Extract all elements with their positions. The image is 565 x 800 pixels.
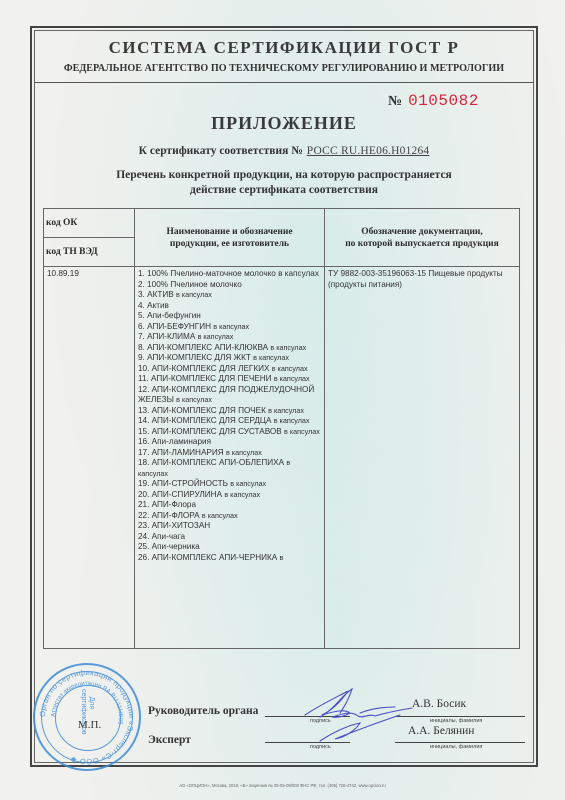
product-item: 4. Актив xyxy=(138,301,321,312)
number-sign: № xyxy=(388,94,402,109)
product-item: 18. АПИ-КОМПЛЕКС АПИ-ОБЛЕПИХА в капсулах xyxy=(138,458,321,479)
product-item: 15. АПИ-КОМПЛЕКС ДЛЯ СУСТАВОВ в капсулах xyxy=(138,427,321,438)
product-item: 16. Апи-ламинария xyxy=(138,437,321,448)
product-item: 7. АПИ-КЛИМА в капсулах xyxy=(138,332,321,343)
product-item: 24. Апи-чага xyxy=(138,532,321,543)
system-title: СИСТЕМА СЕРТИФИКАЦИИ ГОСТ Р xyxy=(34,38,534,58)
product-item: 19. АПИ-СТРОЙНОСТЬ в капсулах xyxy=(138,479,321,490)
product-item: 9. АПИ-КОМПЛЕКС ДЛЯ ЖКТ в капсулах xyxy=(138,353,321,364)
product-item: 14. АПИ-КОМПЛЕКС ДЛЯ СЕРДЦА в капсулах xyxy=(138,416,321,427)
product-item: 1. 100% Пчелино-маточное молочко в капсу… xyxy=(138,269,321,280)
product-item: 8. АПИ-КОМПЛЕКС АПИ-КЛЮКВА в капсулах xyxy=(138,343,321,354)
product-item: 21. АПИ-Флора xyxy=(138,500,321,511)
head-name-caption: инициалы, фамилия xyxy=(430,718,482,724)
product-item: 11. АПИ-КОМПЛЕКС ДЛЯ ПЕЧЕНИ в капсулах xyxy=(138,374,321,385)
handwritten-signature xyxy=(300,683,420,753)
head-name: А.В. Босик xyxy=(412,698,466,710)
form-number: №0105082 xyxy=(388,92,479,110)
product-item: 3. АКТИВ в капсулах xyxy=(138,290,321,301)
table-header: код ОК Наименование и обозначение продук… xyxy=(43,208,520,267)
product-item: 5. Апи-бефунгин xyxy=(138,311,321,322)
column-product-name-line2: продукции, ее изготовитель xyxy=(136,238,323,250)
form-number-value: 0105082 xyxy=(408,92,479,110)
head-of-body-label: Руководитель органа xyxy=(148,705,258,717)
header-divider xyxy=(34,82,534,83)
product-item-suffix: в капсулах xyxy=(176,290,212,299)
product-item-suffix: в капсулах xyxy=(274,416,310,425)
certificate-reference-value: РОСС RU.НЕ06.Н01264 xyxy=(307,145,430,157)
certificate-reference: К сертификату соответствия №РОСС RU.НЕ06… xyxy=(34,145,534,157)
product-item: 22. АПИ-ФЛОРА в капсулах xyxy=(138,511,321,522)
column-documentation-line2: по которой выпускается продукция xyxy=(326,238,518,250)
product-item-suffix: в капсулах xyxy=(138,458,290,478)
column-product-name-line1: Наименование и обозначение xyxy=(136,226,323,238)
table-row: 10.89.19 1. 100% Пчелино-маточное молочк… xyxy=(44,267,520,649)
product-item-suffix: в капсулах xyxy=(176,395,212,404)
seal-place-label: М.П. xyxy=(78,719,101,731)
stamp-center-text: Для сертификатов xyxy=(79,689,95,717)
product-item: 23. АПИ-ХИТОЗАН xyxy=(138,521,321,532)
product-item-suffix: в капсулах xyxy=(270,343,306,352)
product-item: 12. АПИ-КОМПЛЕКС ДЛЯ ПОДЖЕЛУДОЧНОЙ ЖЕЛЕЗ… xyxy=(138,385,321,406)
product-list-heading-line1: Перечень конкретной продукции, на котору… xyxy=(34,168,534,183)
column-documentation: Обозначение документации, по которой вып… xyxy=(325,209,520,267)
product-table: 10.89.19 1. 100% Пчелино-маточное молочк… xyxy=(43,266,520,649)
product-item-suffix: в капсулах xyxy=(198,332,234,341)
product-item-suffix: в капсулах xyxy=(268,406,304,415)
column-documentation-line1: Обозначение документации, xyxy=(326,226,518,238)
expert-name-caption: инициалы, фамилия xyxy=(430,744,482,750)
product-item-suffix: в капсулах xyxy=(202,511,238,520)
product-item-suffix: в капсулах xyxy=(224,490,260,499)
product-item: 13. АПИ-КОМПЛЕКС ДЛЯ ПОЧЕК в капсулах xyxy=(138,406,321,417)
product-item: 20. АПИ-СПИРУЛИНА в капсулах xyxy=(138,490,321,501)
printer-imprint: АО «ОПЦИОН», Москва, 2018, «Б» лицензия … xyxy=(0,783,565,788)
product-item-suffix: в капсулах xyxy=(230,479,266,488)
certification-stamp: Орган по сертификации продукции «Эксперт… xyxy=(33,663,141,771)
product-item: 26. АПИ-КОМПЛЕКС АПИ-ЧЕРНИКА в xyxy=(138,553,321,564)
agency-name: ФЕДЕРАЛЬНОЕ АГЕНТСТВО ПО ТЕХНИЧЕСКОМУ РЕ… xyxy=(54,62,514,74)
product-item: 10. АПИ-КОМПЛЕКС ДЛЯ ЛЕГКИХ в капсулах xyxy=(138,364,321,375)
column-code-ok: код ОК xyxy=(44,209,135,238)
product-item-suffix: в капсулах xyxy=(284,427,320,436)
product-item: 25. Апи-черника xyxy=(138,542,321,553)
product-item: 6. АПИ-БЕФУНГИН в капсулах xyxy=(138,322,321,333)
product-item-suffix: в капсулах xyxy=(253,353,289,362)
product-item-suffix: в капсулах xyxy=(274,374,310,383)
column-code-tnved: код ТН ВЭД xyxy=(44,238,135,267)
expert-label: Эксперт xyxy=(148,734,191,746)
column-product-name: Наименование и обозначение продукции, ее… xyxy=(135,209,325,267)
product-code: 10.89.19 xyxy=(44,267,135,649)
product-list-heading: Перечень конкретной продукции, на котору… xyxy=(34,168,534,198)
product-item: 2. 100% Пчелиное молочко xyxy=(138,280,321,291)
product-item-suffix: в капсулах xyxy=(226,448,262,457)
product-item-suffix: в xyxy=(280,553,284,562)
product-list: 1. 100% Пчелино-маточное молочко в капсу… xyxy=(135,267,325,649)
certificate-reference-label: К сертификату соответствия № xyxy=(139,145,303,157)
product-item-suffix: в капсулах xyxy=(272,364,308,373)
document-title: ПРИЛОЖЕНИЕ xyxy=(34,113,534,134)
product-documentation: ТУ 9882-003-35196063-15 Пищевые продукты… xyxy=(325,267,520,649)
product-item: 17. АПИ-ЛАМИНАРИЯ в капсулах xyxy=(138,448,321,459)
product-list-heading-line2: действие сертификата соответствия xyxy=(34,183,534,198)
product-item-suffix: в капсулах xyxy=(213,322,249,331)
